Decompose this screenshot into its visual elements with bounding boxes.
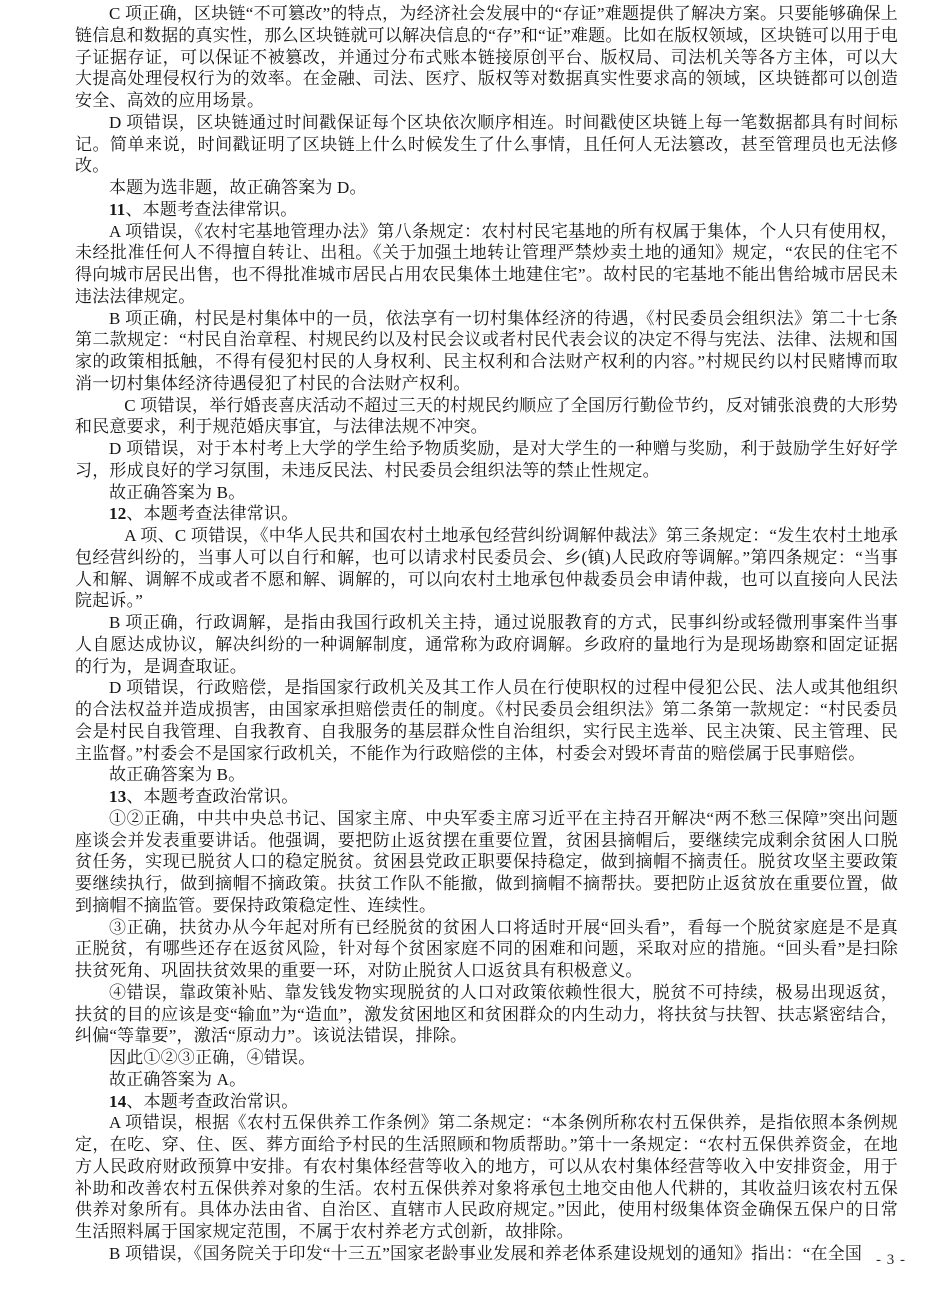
question-number: 11 <box>109 200 125 219</box>
paragraph: ①②正确，中共中央总书记、国家主席、中央军委主席习近平在主持召开解决“两不愁三保… <box>75 808 898 917</box>
paragraph: B 项错误，《国务院关于印发“十三五”国家老龄事业发展和养老体系建设规划的通知》… <box>75 1243 898 1265</box>
paragraph: 12、本题考查法律常识。 <box>75 503 898 525</box>
paragraph: A 项、C 项错误，《中华人民共和国农村土地承包经营纠纷调解仲裁法》第三条规定：… <box>75 525 898 612</box>
paragraph: ④错误，靠政策补贴、靠发钱发物实现脱贫的人口对政策依赖性很大，脱贫不可持续，极易… <box>75 982 898 1047</box>
paragraph: D 项错误，行政赔偿，是指国家行政机关及其工作人员在行使职权的过程中侵犯公民、法… <box>75 677 898 764</box>
paragraph: A 项错误，《农村宅基地管理办法》第八条规定：农村村民宅基地的所有权属于集体，个… <box>75 221 898 308</box>
question-number: 14 <box>109 1092 126 1111</box>
question-number: 12 <box>109 504 126 523</box>
paragraph: D 项错误，区块链通过时间戳保证每个区块依次顺序相连。时间戳使区块链上每一笔数据… <box>75 112 898 177</box>
paragraph: 13、本题考查政治常识。 <box>75 786 898 808</box>
paragraph: B 项正确，村民是村集体中的一员，依法享有一切村集体经济的待遇，《村民委员会组织… <box>75 308 898 395</box>
paragraph: 本题为选非题，故正确答案为 D。 <box>75 177 898 199</box>
page-number: - 3 - <box>876 1252 906 1269</box>
paragraph: 11、本题考查法律常识。 <box>75 199 898 221</box>
question-number: 13 <box>109 787 126 806</box>
paragraph: ③正确，扶贫办从今年起对所有已经脱贫的贫困人口将适时开展“回头看”，看每一个脱贫… <box>75 917 898 982</box>
paragraph: 故正确答案为 B。 <box>75 764 898 786</box>
paragraph: D 项错误，对于本村考上大学的学生给予物质奖励，是对大学生的一种赠与奖励，利于鼓… <box>75 438 898 482</box>
document-page: C 项正确，区块链“不可篡改”的特点，为经济社会发展中的“存证”难题提供了解决方… <box>0 0 950 1299</box>
paragraph: C 项错误，举行婚丧喜庆活动不超过三天的村规民约顺应了全国厉行勤俭节约，反对铺张… <box>75 395 898 439</box>
paragraph: A 项错误，根据《农村五保供养工作条例》第二条规定：“本条例所称农村五保供养，是… <box>75 1112 898 1243</box>
paragraph: B 项正确，行政调解，是指由我国行政机关主持，通过说服教育的方式，民事纠纷或轻微… <box>75 612 898 677</box>
paragraph: C 项正确，区块链“不可篡改”的特点，为经济社会发展中的“存证”难题提供了解决方… <box>75 3 898 112</box>
paragraph: 14、本题考查政治常识。 <box>75 1091 898 1113</box>
paragraph: 因此①②③正确，④错误。 <box>75 1047 898 1069</box>
document-body: C 项正确，区块链“不可篡改”的特点，为经济社会发展中的“存证”难题提供了解决方… <box>75 3 898 1265</box>
paragraph: 故正确答案为 B。 <box>75 482 898 504</box>
paragraph: 故正确答案为 A。 <box>75 1069 898 1091</box>
